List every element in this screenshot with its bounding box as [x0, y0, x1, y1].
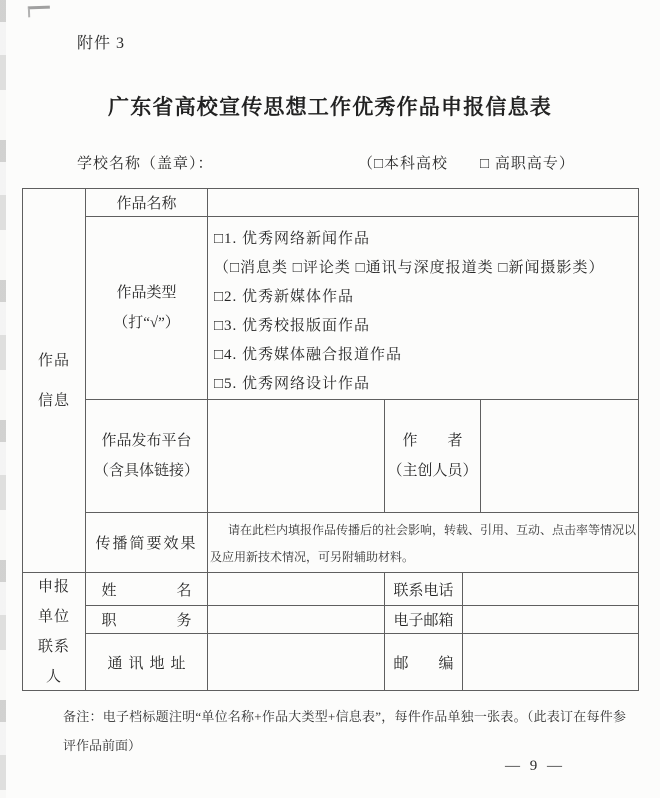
work-type-label: 作品类型 （打“√”） [86, 217, 208, 400]
effect-note: 请在此栏内填报作品传播后的社会影响，转载、引用、互动、点击率等情况以及应用新技术… [208, 513, 639, 573]
school-type-options: （□本科高校 □ 高职高专） [358, 152, 575, 173]
section-label-line: 作品 [38, 341, 70, 381]
contact-name-value [208, 573, 385, 606]
checkbox-option-1-subtypes: （□消息类 □评论类 □通讯与深度报道类 □新闻摄影类） [214, 254, 605, 283]
platform-value [208, 400, 385, 513]
checkbox-option-2: □2. 优秀新媒体作品 [214, 283, 354, 312]
page-number: — 9 — [505, 758, 565, 775]
section-label-line: 申报 [38, 573, 70, 602]
work-type-label-line2: （打“√”） [113, 308, 180, 338]
contact-position-value [208, 606, 385, 634]
work-name-label: 作品名称 [86, 189, 208, 217]
school-name-line: 学校名称（盖章）： （□本科高校 □ 高职高专） [0, 152, 660, 174]
platform-label-line2: （含具体链接） [94, 456, 199, 486]
contact-email-value [463, 606, 639, 634]
checkbox-option-5: □5. 优秀网络设计作品 [214, 370, 370, 399]
platform-label: 作品发布平台 （含具体链接） [86, 400, 208, 513]
author-label-line2: （主创人员） [387, 456, 477, 486]
checkbox-option-1: □1. 优秀网络新闻作品 [214, 225, 370, 254]
attachment-label: 附件 3 [77, 30, 125, 53]
section-label-work-info: 作品 信息 [23, 189, 86, 573]
contact-position-label: 职 务 [86, 606, 208, 634]
contact-postcode-label: 邮 编 [385, 634, 463, 691]
section-label-contact: 申报 单位 联系 人 [23, 573, 86, 691]
page-title: 广东省高校宣传思想工作优秀作品申报信息表 [0, 91, 660, 121]
section-label-line: 信息 [38, 381, 70, 421]
contact-phone-value [463, 573, 639, 606]
contact-phone-label: 联系电话 [385, 573, 463, 606]
effect-note-text: 请在此栏内填报作品传播后的社会影响，转载、引用、互动、点击率等情况以及应用新技术… [210, 517, 636, 571]
author-label: 作 者 （主创人员） [385, 400, 481, 513]
work-name-value [208, 189, 639, 217]
author-value [481, 400, 639, 513]
section-label-line: 单位 [38, 602, 70, 632]
application-form-table: 作品 信息 作品名称 作品类型 （打“√”） □1. 优秀网络新闻作品 （□消息… [22, 188, 639, 691]
contact-name-label: 姓 名 [86, 573, 208, 606]
contact-address-label: 通讯地址 [86, 634, 208, 691]
scan-corner-artifact [28, 6, 50, 18]
checkbox-option-3: □3. 优秀校报版面作品 [214, 312, 370, 341]
work-type-label-line1: 作品类型 [116, 278, 176, 308]
contact-address-value [208, 634, 385, 691]
section-label-line: 人 [46, 662, 62, 692]
remark-note: 备注：电子档标题注明“单位名称+作品大类型+信息表”，每件作品单独一张表。（此表… [63, 702, 626, 760]
section-label-line: 联系 [38, 632, 70, 662]
school-name-label: 学校名称（盖章）： [77, 152, 214, 173]
contact-email-label: 电子邮箱 [385, 606, 463, 634]
effect-label: 传播简要效果 [86, 513, 208, 573]
work-type-options: □1. 优秀网络新闻作品 （□消息类 □评论类 □通讯与深度报道类 □新闻摄影类… [208, 217, 639, 400]
contact-postcode-value [463, 634, 639, 691]
platform-label-line1: 作品发布平台 [101, 426, 191, 456]
author-label-line1: 作 者 [402, 426, 462, 456]
checkbox-option-4: □4. 优秀媒体融合报道作品 [214, 341, 402, 370]
